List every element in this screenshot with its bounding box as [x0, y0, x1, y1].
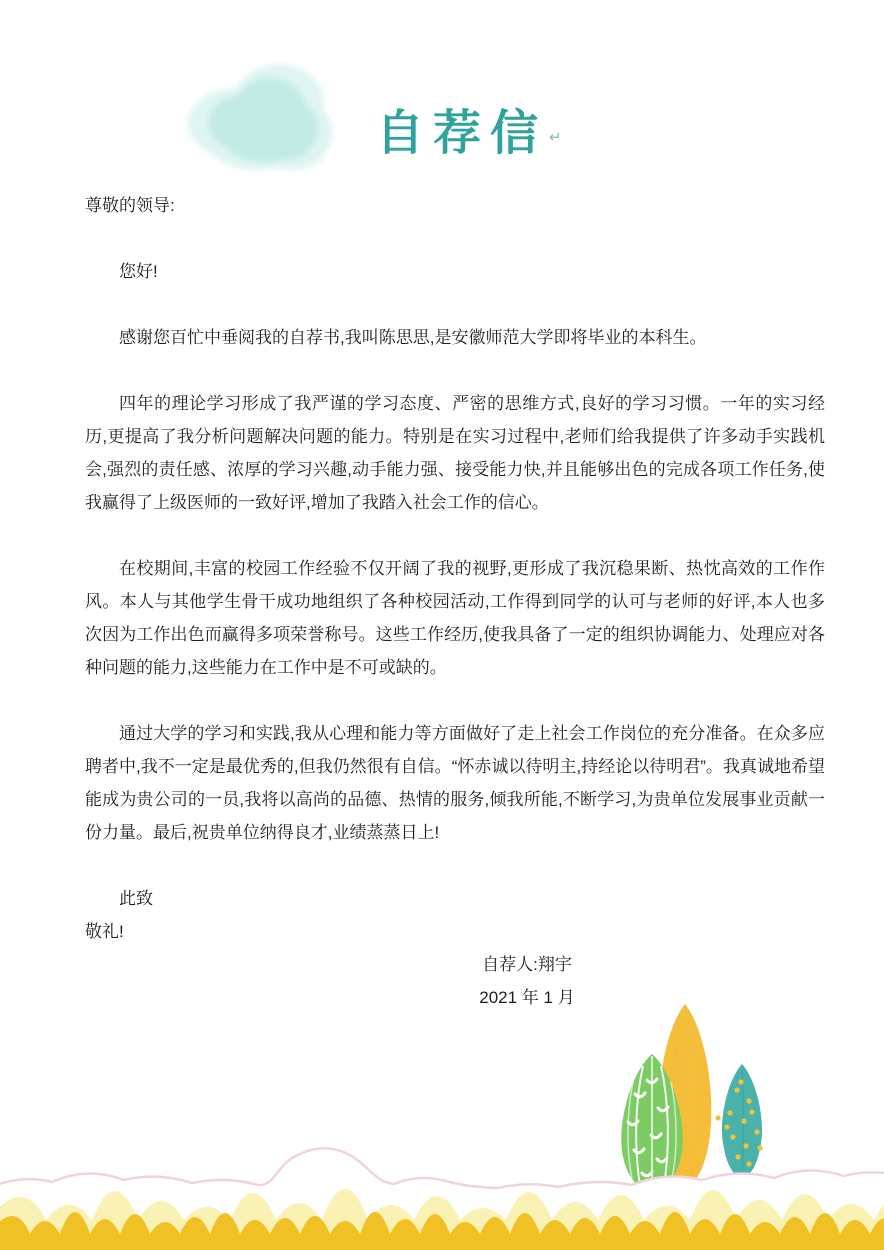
body-paragraph: 通过大学的学习和实践,我从心理和能力等方面做好了走上社会工作岗位的充分准备。在众… — [85, 717, 825, 849]
letter-page: 自荐信 ↵ 尊敬的领导: 您好! 感谢您百忙中垂阅我的自荐书,我叫陈思思,是安徽… — [0, 0, 884, 1250]
paragraph-mark-icon: ↵ — [549, 128, 562, 146]
letter-body: 尊敬的领导: 您好! 感谢您百忙中垂阅我的自荐书,我叫陈思思,是安徽师范大学即将… — [85, 189, 825, 1014]
page-title: 自荐信 — [376, 94, 547, 163]
salutation: 尊敬的领导: — [85, 189, 825, 222]
closing-line: 敬礼! — [85, 915, 825, 948]
watercolor-cloud-decoration — [198, 68, 326, 168]
signature-line: 自荐人:翔宇 — [157, 948, 884, 981]
body-paragraph: 四年的理论学习形成了我严谨的学习态度、严密的思维方式,良好的学习习惯。一年的实习… — [85, 387, 825, 519]
body-paragraph: 感谢您百忙中垂阅我的自荐书,我叫陈思思,是安徽师范大学即将毕业的本科生。 — [85, 321, 825, 354]
teal-leaf-icon — [715, 1064, 762, 1178]
closing-line: 此致 — [85, 882, 825, 915]
bottom-border-illustration — [0, 990, 884, 1250]
greeting: 您好! — [85, 255, 825, 288]
body-paragraph: 在校期间,丰富的校园工作经验不仅开阔了我的视野,更形成了我沉稳果断、热忱高效的工… — [85, 552, 825, 684]
